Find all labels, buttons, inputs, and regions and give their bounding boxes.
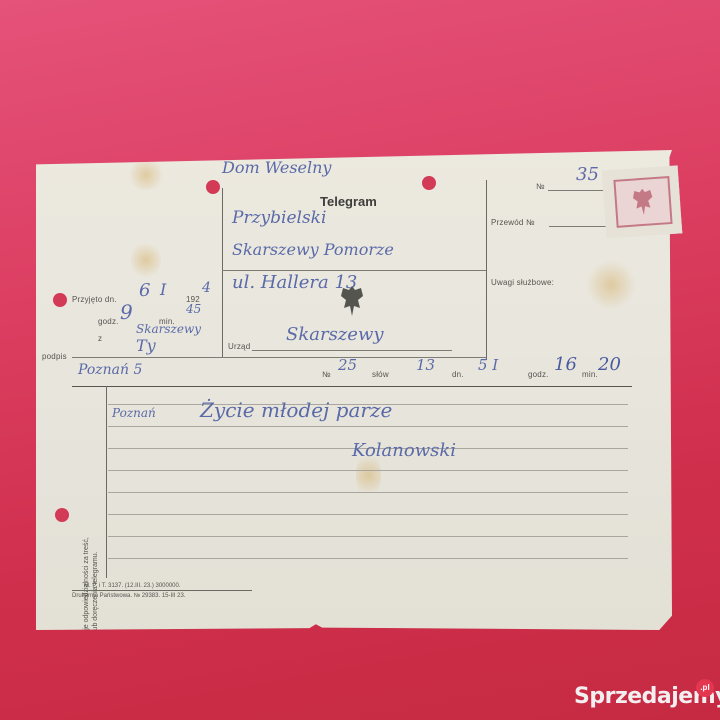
min2-label: min. xyxy=(582,370,598,379)
liability-note: Zarząd Telegrafów nie przyjmuje odpowied… xyxy=(82,525,100,720)
min2-value: 20 xyxy=(598,354,621,375)
podpis-value: Ty xyxy=(136,336,156,355)
underline xyxy=(549,226,609,227)
divider xyxy=(222,188,223,358)
line-number-value: 25 xyxy=(338,356,357,374)
origin-value: Poznań 5 xyxy=(78,362,142,378)
urzad-label: Urząd xyxy=(228,342,250,351)
z-value: Skarszewy xyxy=(136,322,201,336)
przyjeto-year-suffix: 4 xyxy=(202,280,211,296)
godz-value: 9 xyxy=(120,300,133,324)
divider xyxy=(222,270,486,271)
przyjeto-month: I xyxy=(160,280,166,299)
punch-hole xyxy=(206,180,220,194)
slow-label: słów xyxy=(372,370,389,379)
stamp-eagle-icon xyxy=(613,176,672,228)
dn-label: dn. xyxy=(452,370,464,379)
message-line xyxy=(108,470,628,471)
form-title: Telegram xyxy=(320,194,377,209)
message-line xyxy=(108,558,628,559)
telegram-form: Telegram № 35 Przewód № Uwagi służbowe: … xyxy=(36,150,672,630)
punch-hole xyxy=(422,176,436,190)
godz-label: godz. xyxy=(98,317,119,326)
message-line xyxy=(108,426,628,427)
eagle-emblem-icon xyxy=(339,284,365,318)
przyjeto-day: 6 xyxy=(139,280,150,301)
underline xyxy=(548,190,608,191)
underline xyxy=(252,350,452,351)
message-line xyxy=(108,514,628,515)
godz2-value: 16 xyxy=(554,354,577,375)
number-label: № xyxy=(536,182,545,191)
divider xyxy=(72,357,222,358)
urzad-value: Skarszewy xyxy=(286,324,384,345)
watermark-tld: .pl xyxy=(696,679,714,697)
uwagi-label: Uwagi służbowe: xyxy=(491,278,554,287)
z-label: z xyxy=(98,334,102,343)
slow-value: 13 xyxy=(416,356,435,374)
address-line-3: Skarszewy Pomorze xyxy=(232,240,394,259)
stain xyxy=(131,240,161,280)
message-line xyxy=(108,492,628,493)
print-info-1: M. P. i T. 3137. (12.III. 23.) 3000000. xyxy=(84,583,181,589)
message-signature: Kolanowski xyxy=(352,440,456,461)
message-text: Życie młodej parze xyxy=(200,398,392,422)
stain xyxy=(586,260,636,310)
punch-hole xyxy=(55,508,69,522)
address-line-1: Dom Weselny xyxy=(222,158,331,177)
print-info-2: Drukarnia Państwowa. № 29383. 15-III 23. xyxy=(72,593,186,599)
min-value: 45 xyxy=(186,302,201,316)
divider xyxy=(106,386,107,578)
divider xyxy=(486,180,487,360)
number-value: 35 xyxy=(576,164,599,185)
divider xyxy=(72,590,252,591)
line-number-label: № xyxy=(322,370,331,379)
address-line-2: Przybielski xyxy=(232,208,326,228)
przyjeto-label: Przyjęto dn. xyxy=(72,295,117,304)
stain xyxy=(126,160,166,190)
podpis-label: podpis xyxy=(42,352,67,361)
punch-hole xyxy=(53,293,67,307)
message-prefix: Poznań xyxy=(112,406,156,420)
divider xyxy=(72,386,632,387)
revenue-stamp xyxy=(602,165,683,238)
godz2-label: godz. xyxy=(528,370,549,379)
dn-value: 5 I xyxy=(478,356,498,374)
message-line xyxy=(108,536,628,537)
przewod-label: Przewód № xyxy=(491,218,535,227)
